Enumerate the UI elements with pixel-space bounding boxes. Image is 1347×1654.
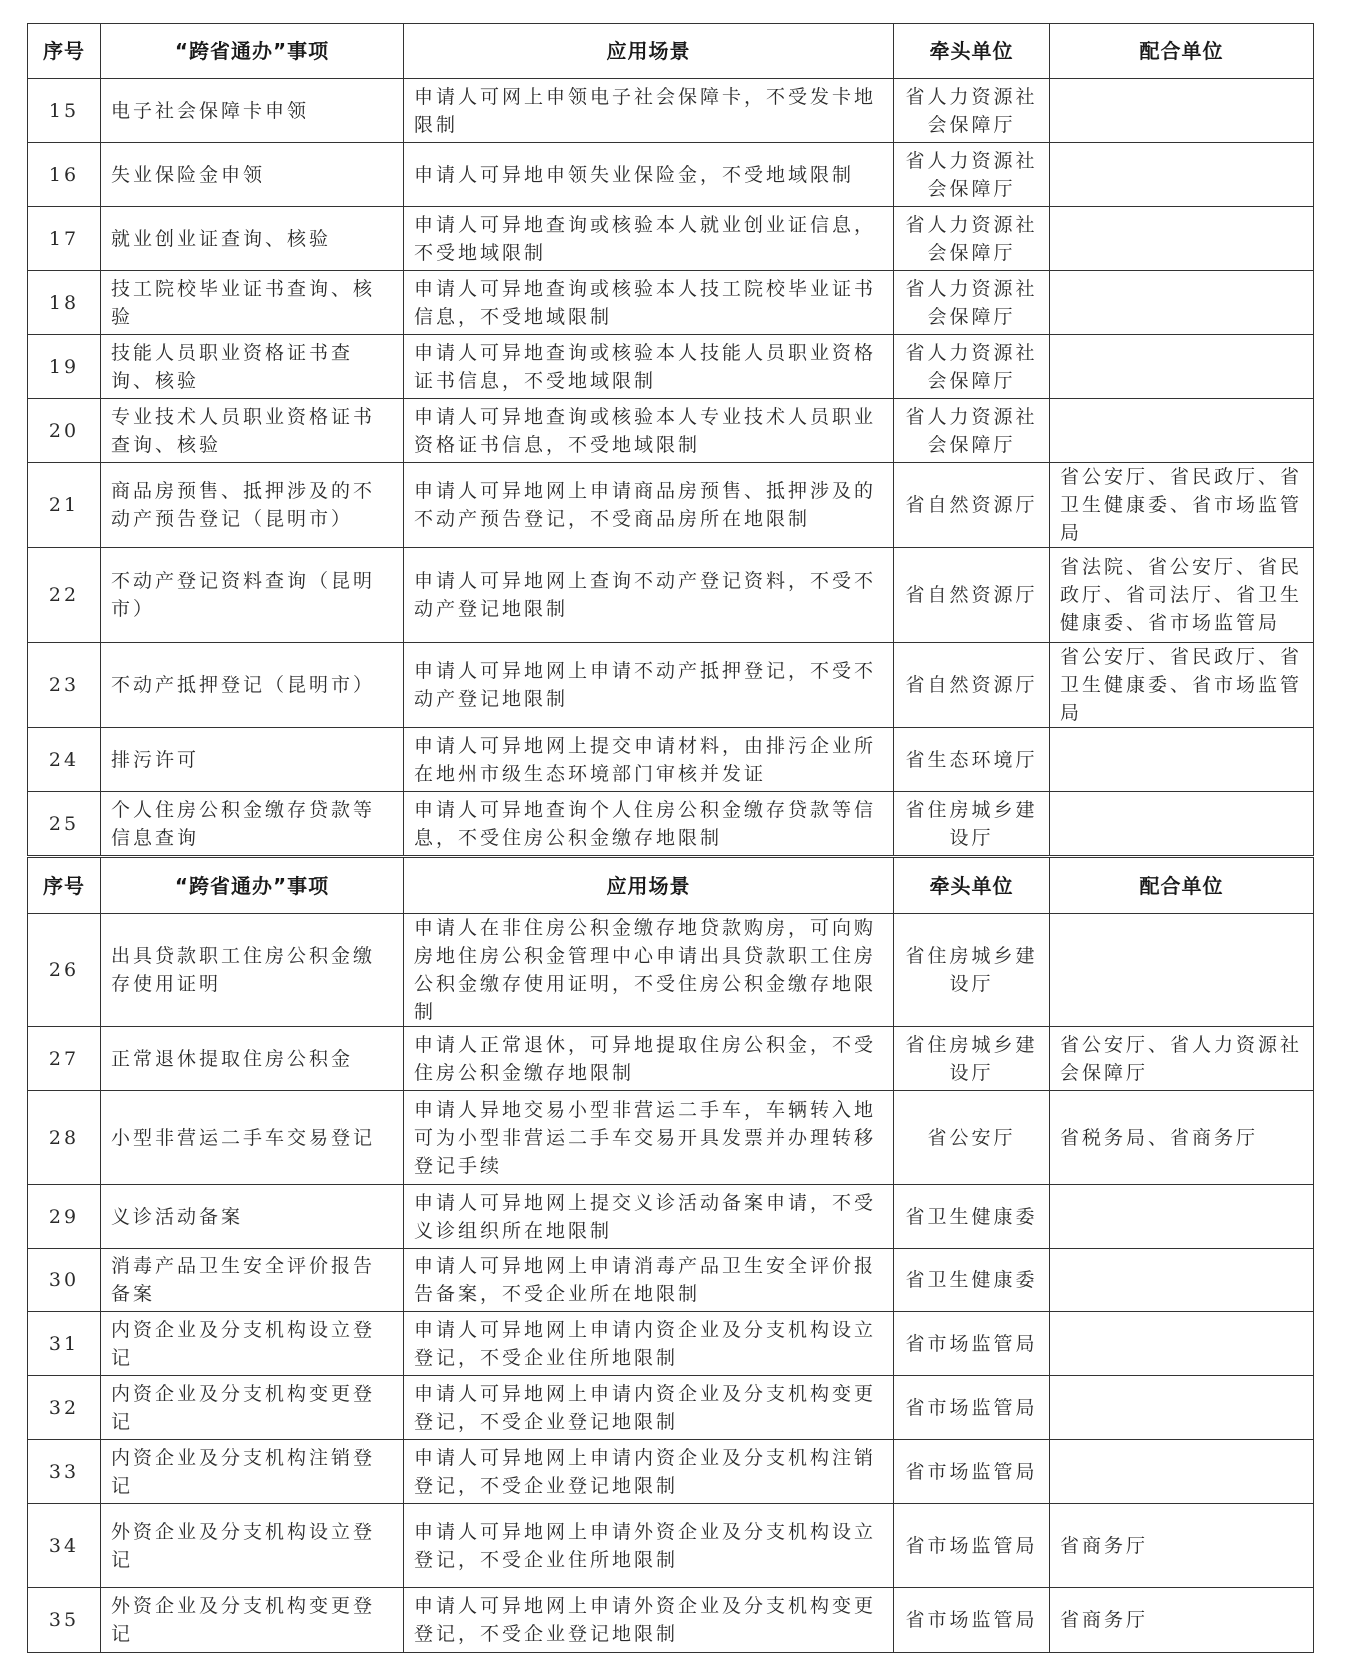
cell-item: 内资企业及分支机构设立登记 bbox=[101, 1312, 404, 1376]
cell-scenario: 申请人可异地申领失业保险金，不受地域限制 bbox=[404, 143, 894, 207]
cell-scenario: 申请人可异地查询或核验本人技工院校毕业证书信息，不受地域限制 bbox=[404, 271, 894, 335]
services-table-1: 序号 “跨省通办”事项 应用场景 牵头单位 配合单位 15电子社会保障卡申领申请… bbox=[27, 23, 1314, 856]
header-no: 序号 bbox=[28, 24, 101, 79]
cell-no: 34 bbox=[28, 1504, 101, 1588]
table-row: 33内资企业及分支机构注销登记申请人可异地网上申请内资企业及分支机构注销登记，不… bbox=[28, 1440, 1314, 1504]
cell-scenario: 申请人异地交易小型非营运二手车，车辆转入地可为小型非营运二手车交易开具发票并办理… bbox=[404, 1091, 894, 1185]
cell-item: 外资企业及分支机构设立登记 bbox=[101, 1504, 404, 1588]
cell-lead: 省卫生健康委 bbox=[894, 1249, 1050, 1312]
cell-scenario: 申请人可异地网上申请商品房预售、抵押涉及的不动产预告登记，不受商品房所在地限制 bbox=[404, 463, 894, 548]
cell-item: 不动产登记资料查询（昆明市） bbox=[101, 548, 404, 643]
cell-coop: 省商务厅 bbox=[1050, 1504, 1314, 1588]
cell-lead: 省住房城乡建设厅 bbox=[894, 792, 1050, 856]
cell-lead: 省人力资源社会保障厅 bbox=[894, 399, 1050, 463]
header-scenario: 应用场景 bbox=[404, 858, 894, 914]
cell-coop bbox=[1050, 1185, 1314, 1249]
cell-coop: 省商务厅 bbox=[1050, 1588, 1314, 1653]
table-row: 16失业保险金申领申请人可异地申领失业保险金，不受地域限制省人力资源社会保障厅 bbox=[28, 143, 1314, 207]
cell-item: 排污许可 bbox=[101, 728, 404, 792]
cell-lead: 省市场监管局 bbox=[894, 1588, 1050, 1653]
cell-scenario: 申请人在非住房公积金缴存地贷款购房，可向购房地住房公积金管理中心申请出具贷款职工… bbox=[404, 914, 894, 1027]
cell-coop bbox=[1050, 914, 1314, 1027]
cell-coop: 省公安厅、省人力资源社会保障厅 bbox=[1050, 1027, 1314, 1091]
cell-scenario: 申请人可异地查询或核验本人技能人员职业资格证书信息，不受地域限制 bbox=[404, 335, 894, 399]
cell-item: 专业技术人员职业资格证书查询、核验 bbox=[101, 399, 404, 463]
cell-item: 失业保险金申领 bbox=[101, 143, 404, 207]
cell-item: 义诊活动备案 bbox=[101, 1185, 404, 1249]
cell-item: 技工院校毕业证书查询、核验 bbox=[101, 271, 404, 335]
cell-lead: 省市场监管局 bbox=[894, 1504, 1050, 1588]
cell-lead: 省人力资源社会保障厅 bbox=[894, 79, 1050, 143]
cell-item: 正常退休提取住房公积金 bbox=[101, 1027, 404, 1091]
table-row: 30消毒产品卫生安全评价报告备案申请人可异地网上申请消毒产品卫生安全评价报告备案… bbox=[28, 1249, 1314, 1312]
cell-no: 20 bbox=[28, 399, 101, 463]
table-row: 15电子社会保障卡申领申请人可网上申领电子社会保障卡，不受发卡地限制省人力资源社… bbox=[28, 79, 1314, 143]
cell-item: 消毒产品卫生安全评价报告备案 bbox=[101, 1249, 404, 1312]
cell-coop bbox=[1050, 143, 1314, 207]
cell-coop bbox=[1050, 271, 1314, 335]
cell-item: 不动产抵押登记（昆明市） bbox=[101, 643, 404, 728]
table-row: 32内资企业及分支机构变更登记申请人可异地网上申请内资企业及分支机构变更登记，不… bbox=[28, 1376, 1314, 1440]
cell-lead: 省人力资源社会保障厅 bbox=[894, 207, 1050, 271]
cell-item: 电子社会保障卡申领 bbox=[101, 79, 404, 143]
cell-item: 小型非营运二手车交易登记 bbox=[101, 1091, 404, 1185]
table-header-row: 序号 “跨省通办”事项 应用场景 牵头单位 配合单位 bbox=[28, 24, 1314, 79]
cell-scenario: 申请人可异地查询个人住房公积金缴存贷款等信息，不受住房公积金缴存地限制 bbox=[404, 792, 894, 856]
header-no: 序号 bbox=[28, 858, 101, 914]
header-item: “跨省通办”事项 bbox=[101, 858, 404, 914]
cell-no: 35 bbox=[28, 1588, 101, 1653]
cell-scenario: 申请人可异地网上提交义诊活动备案申请，不受义诊组织所在地限制 bbox=[404, 1185, 894, 1249]
cell-lead: 省人力资源社会保障厅 bbox=[894, 271, 1050, 335]
header-item: “跨省通办”事项 bbox=[101, 24, 404, 79]
cell-coop bbox=[1050, 1249, 1314, 1312]
cell-scenario: 申请人正常退休，可异地提取住房公积金，不受住房公积金缴存地限制 bbox=[404, 1027, 894, 1091]
cell-coop bbox=[1050, 1440, 1314, 1504]
table-row: 34外资企业及分支机构设立登记申请人可异地网上申请外资企业及分支机构设立登记，不… bbox=[28, 1504, 1314, 1588]
cell-no: 15 bbox=[28, 79, 101, 143]
cell-coop bbox=[1050, 335, 1314, 399]
cell-scenario: 申请人可异地查询或核验本人专业技术人员职业资格证书信息，不受地域限制 bbox=[404, 399, 894, 463]
cell-lead: 省市场监管局 bbox=[894, 1440, 1050, 1504]
cell-scenario: 申请人可异地网上申请内资企业及分支机构设立登记，不受企业住所地限制 bbox=[404, 1312, 894, 1376]
cell-no: 16 bbox=[28, 143, 101, 207]
cell-no: 33 bbox=[28, 1440, 101, 1504]
table-row: 29义诊活动备案申请人可异地网上提交义诊活动备案申请，不受义诊组织所在地限制省卫… bbox=[28, 1185, 1314, 1249]
cell-no: 22 bbox=[28, 548, 101, 643]
cell-coop bbox=[1050, 792, 1314, 856]
cell-no: 23 bbox=[28, 643, 101, 728]
cell-coop: 省公安厅、省民政厅、省卫生健康委、省市场监管局 bbox=[1050, 643, 1314, 728]
cell-no: 18 bbox=[28, 271, 101, 335]
cell-scenario: 申请人可异地网上申请外资企业及分支机构变更登记，不受企业登记地限制 bbox=[404, 1588, 894, 1653]
table-row: 20专业技术人员职业资格证书查询、核验申请人可异地查询或核验本人专业技术人员职业… bbox=[28, 399, 1314, 463]
cell-no: 24 bbox=[28, 728, 101, 792]
cell-coop: 省法院、省公安厅、省民政厅、省司法厅、省卫生健康委、省市场监管局 bbox=[1050, 548, 1314, 643]
cell-item: 就业创业证查询、核验 bbox=[101, 207, 404, 271]
header-coop: 配合单位 bbox=[1050, 858, 1314, 914]
cell-scenario: 申请人可异地网上申请内资企业及分支机构注销登记，不受企业登记地限制 bbox=[404, 1440, 894, 1504]
cell-item: 内资企业及分支机构变更登记 bbox=[101, 1376, 404, 1440]
cell-scenario: 申请人可异地查询或核验本人就业创业证信息，不受地域限制 bbox=[404, 207, 894, 271]
cell-item: 技能人员职业资格证书查询、核验 bbox=[101, 335, 404, 399]
cell-lead: 省人力资源社会保障厅 bbox=[894, 143, 1050, 207]
cell-item: 商品房预售、抵押涉及的不动产预告登记（昆明市） bbox=[101, 463, 404, 548]
table-row: 25个人住房公积金缴存贷款等信息查询申请人可异地查询个人住房公积金缴存贷款等信息… bbox=[28, 792, 1314, 856]
cell-no: 17 bbox=[28, 207, 101, 271]
cell-item: 出具贷款职工住房公积金缴存使用证明 bbox=[101, 914, 404, 1027]
cell-no: 25 bbox=[28, 792, 101, 856]
cell-coop bbox=[1050, 1376, 1314, 1440]
cell-scenario: 申请人可异地网上提交申请材料，由排污企业所在地州市级生态环境部门审核并发证 bbox=[404, 728, 894, 792]
table-row: 19技能人员职业资格证书查询、核验申请人可异地查询或核验本人技能人员职业资格证书… bbox=[28, 335, 1314, 399]
cell-no: 32 bbox=[28, 1376, 101, 1440]
services-table-2: 序号 “跨省通办”事项 应用场景 牵头单位 配合单位 26出具贷款职工住房公积金… bbox=[27, 857, 1314, 1653]
table-row: 23不动产抵押登记（昆明市）申请人可异地网上申请不动产抵押登记，不受不动产登记地… bbox=[28, 643, 1314, 728]
cell-scenario: 申请人可异地网上申请消毒产品卫生安全评价报告备案，不受企业所在地限制 bbox=[404, 1249, 894, 1312]
cell-lead: 省自然资源厅 bbox=[894, 463, 1050, 548]
cell-coop: 省税务局、省商务厅 bbox=[1050, 1091, 1314, 1185]
table-row: 18技工院校毕业证书查询、核验申请人可异地查询或核验本人技工院校毕业证书信息，不… bbox=[28, 271, 1314, 335]
cell-scenario: 申请人可异地网上申请不动产抵押登记，不受不动产登记地限制 bbox=[404, 643, 894, 728]
cell-lead: 省自然资源厅 bbox=[894, 643, 1050, 728]
cell-lead: 省人力资源社会保障厅 bbox=[894, 335, 1050, 399]
header-lead: 牵头单位 bbox=[894, 24, 1050, 79]
cell-coop: 省公安厅、省民政厅、省卫生健康委、省市场监管局 bbox=[1050, 463, 1314, 548]
cell-lead: 省自然资源厅 bbox=[894, 548, 1050, 643]
table-row: 21商品房预售、抵押涉及的不动产预告登记（昆明市）申请人可异地网上申请商品房预售… bbox=[28, 463, 1314, 548]
cell-no: 27 bbox=[28, 1027, 101, 1091]
cell-lead: 省卫生健康委 bbox=[894, 1185, 1050, 1249]
cell-lead: 省市场监管局 bbox=[894, 1312, 1050, 1376]
table-row: 24排污许可申请人可异地网上提交申请材料，由排污企业所在地州市级生态环境部门审核… bbox=[28, 728, 1314, 792]
cell-coop bbox=[1050, 207, 1314, 271]
table-row: 28小型非营运二手车交易登记申请人异地交易小型非营运二手车，车辆转入地可为小型非… bbox=[28, 1091, 1314, 1185]
table-body: 26出具贷款职工住房公积金缴存使用证明申请人在非住房公积金缴存地贷款购房，可向购… bbox=[28, 914, 1314, 1653]
cell-scenario: 申请人可异地网上申请内资企业及分支机构变更登记，不受企业登记地限制 bbox=[404, 1376, 894, 1440]
cell-no: 26 bbox=[28, 914, 101, 1027]
table-body: 15电子社会保障卡申领申请人可网上申领电子社会保障卡，不受发卡地限制省人力资源社… bbox=[28, 79, 1314, 856]
header-lead: 牵头单位 bbox=[894, 858, 1050, 914]
cell-scenario: 申请人可异地网上查询不动产登记资料，不受不动产登记地限制 bbox=[404, 548, 894, 643]
cell-no: 28 bbox=[28, 1091, 101, 1185]
cell-no: 21 bbox=[28, 463, 101, 548]
cell-lead: 省公安厅 bbox=[894, 1091, 1050, 1185]
table-row: 22不动产登记资料查询（昆明市）申请人可异地网上查询不动产登记资料，不受不动产登… bbox=[28, 548, 1314, 643]
table-row: 17就业创业证查询、核验申请人可异地查询或核验本人就业创业证信息，不受地域限制省… bbox=[28, 207, 1314, 271]
cell-no: 29 bbox=[28, 1185, 101, 1249]
cell-no: 31 bbox=[28, 1312, 101, 1376]
cell-lead: 省市场监管局 bbox=[894, 1376, 1050, 1440]
cell-item: 内资企业及分支机构注销登记 bbox=[101, 1440, 404, 1504]
cell-lead: 省生态环境厅 bbox=[894, 728, 1050, 792]
table-row: 35外资企业及分支机构变更登记申请人可异地网上申请外资企业及分支机构变更登记，不… bbox=[28, 1588, 1314, 1653]
table-header-row: 序号 “跨省通办”事项 应用场景 牵头单位 配合单位 bbox=[28, 858, 1314, 914]
cell-scenario: 申请人可异地网上申请外资企业及分支机构设立登记，不受企业住所地限制 bbox=[404, 1504, 894, 1588]
cell-coop bbox=[1050, 1312, 1314, 1376]
header-coop: 配合单位 bbox=[1050, 24, 1314, 79]
cell-item: 个人住房公积金缴存贷款等信息查询 bbox=[101, 792, 404, 856]
cell-item: 外资企业及分支机构变更登记 bbox=[101, 1588, 404, 1653]
header-scenario: 应用场景 bbox=[404, 24, 894, 79]
cell-lead: 省住房城乡建设厅 bbox=[894, 914, 1050, 1027]
cell-scenario: 申请人可网上申领电子社会保障卡，不受发卡地限制 bbox=[404, 79, 894, 143]
cell-no: 30 bbox=[28, 1249, 101, 1312]
cell-coop bbox=[1050, 79, 1314, 143]
table-row: 31内资企业及分支机构设立登记申请人可异地网上申请内资企业及分支机构设立登记，不… bbox=[28, 1312, 1314, 1376]
cell-coop bbox=[1050, 728, 1314, 792]
cell-coop bbox=[1050, 399, 1314, 463]
table-row: 26出具贷款职工住房公积金缴存使用证明申请人在非住房公积金缴存地贷款购房，可向购… bbox=[28, 914, 1314, 1027]
cell-lead: 省住房城乡建设厅 bbox=[894, 1027, 1050, 1091]
table-row: 27正常退休提取住房公积金申请人正常退休，可异地提取住房公积金，不受住房公积金缴… bbox=[28, 1027, 1314, 1091]
cell-no: 19 bbox=[28, 335, 101, 399]
